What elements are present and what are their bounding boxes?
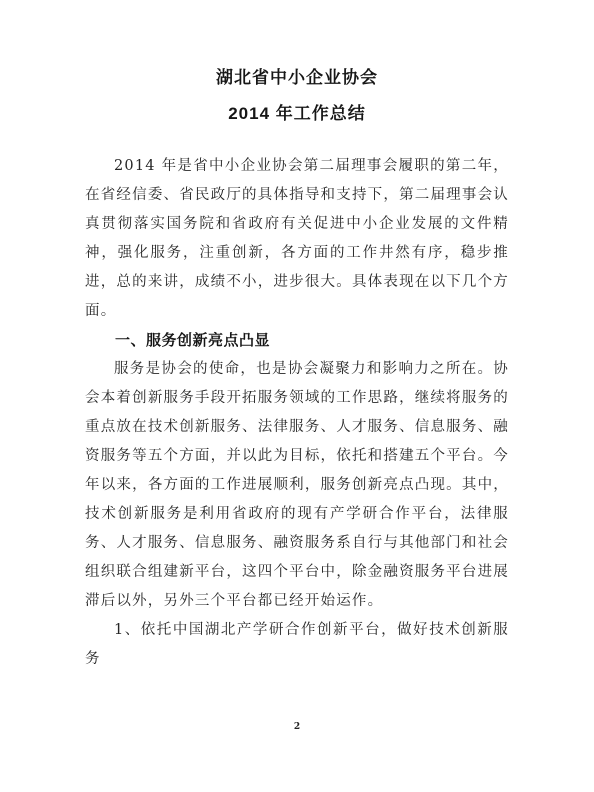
document-title: 湖北省中小企业协会	[85, 60, 509, 96]
page-number: 2	[294, 722, 300, 732]
paragraph-section-1: 服务是协会的使命，也是协会凝聚力和影响力之所在。协会本着创新服务手段开拓服务领域…	[85, 355, 509, 616]
document-content: 湖北省中小企业协会 2014 年工作总结 2014 年是省中小企业协会第二届理事…	[85, 60, 509, 674]
paragraph-section-1-item-1: 1、依托中国湖北产学研合作创新平台，做好技术创新服务	[85, 616, 509, 674]
document-page: 湖北省中小企业协会 2014 年工作总结 2014 年是省中小企业协会第二届理事…	[0, 0, 594, 792]
paragraph-intro: 2014 年是省中小企业协会第二届理事会履职的第二年，在省经信委、省民政厅的具体…	[85, 152, 509, 326]
section-1-heading: 一、服务创新亮点凸显	[85, 326, 509, 355]
document-subtitle: 2014 年工作总结	[85, 96, 509, 132]
page-footer: 2	[0, 716, 594, 734]
